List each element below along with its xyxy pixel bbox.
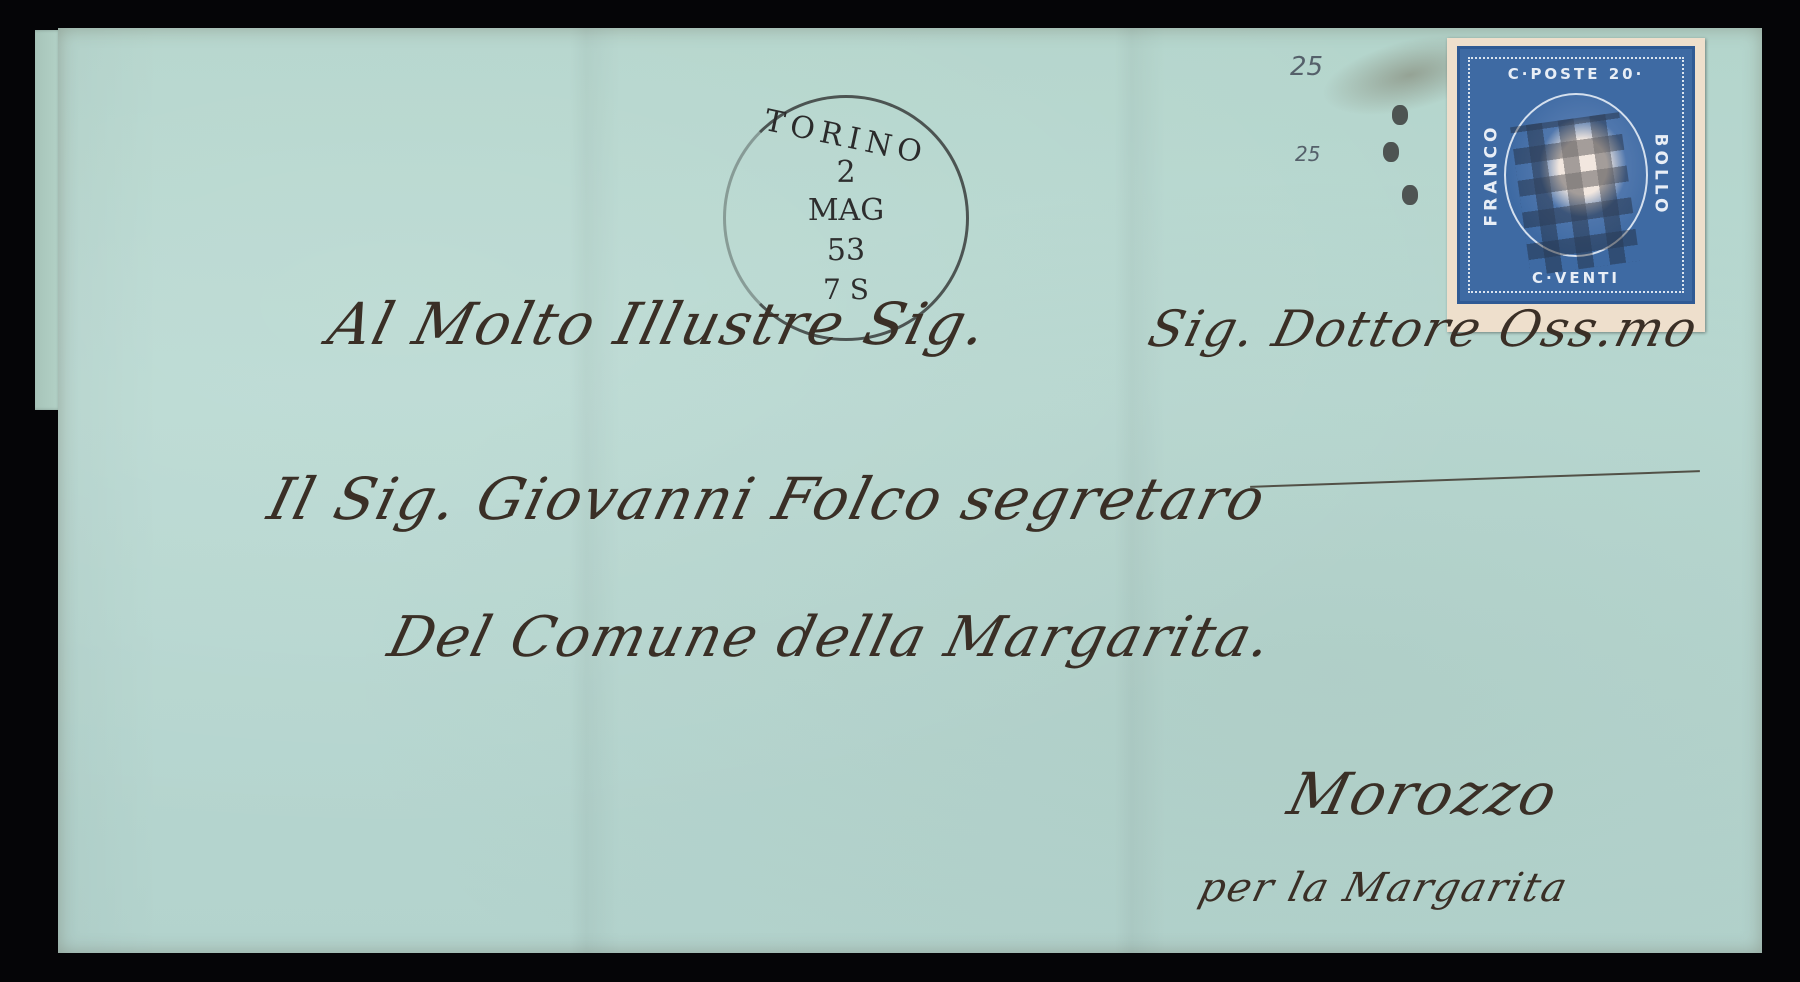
postmark-year: 53 [726, 236, 966, 266]
pencil-note: 25 [1290, 52, 1323, 82]
address-line-4: Morozzo [1282, 760, 1566, 828]
stamp-right-text: BOLLO [1651, 134, 1671, 217]
address-line-5: per la Margarita [1194, 865, 1573, 911]
address-line-2: Il Sig. Giovanni Folco segretaro [262, 465, 1274, 533]
stamp-bottom-text: C·VENTI [1460, 269, 1692, 287]
postmark-day: 2 [726, 158, 966, 188]
postmark-month: MAG [726, 196, 966, 226]
stamp-left-text: FRANCO [1482, 123, 1502, 226]
stamp-top-text: C·POSTE 20· [1460, 65, 1692, 83]
ink-blot [1402, 185, 1418, 205]
postage-stamp: C·POSTE 20· FRANCO BOLLO C·VENTI [1447, 38, 1705, 332]
stamp-design: C·POSTE 20· FRANCO BOLLO C·VENTI [1457, 46, 1695, 304]
ink-blot [1392, 105, 1408, 125]
address-line-3: Del Comune della Margarita. [382, 605, 1280, 670]
stamp-cancellation [1510, 112, 1640, 276]
ink-blot [1383, 142, 1399, 162]
pencil-note: 25 [1295, 142, 1320, 166]
address-line-1: Al Molto Illustre Sig. [322, 290, 996, 358]
address-line-1-continued: Sig. Dottore Oss.mo [1143, 300, 1705, 358]
